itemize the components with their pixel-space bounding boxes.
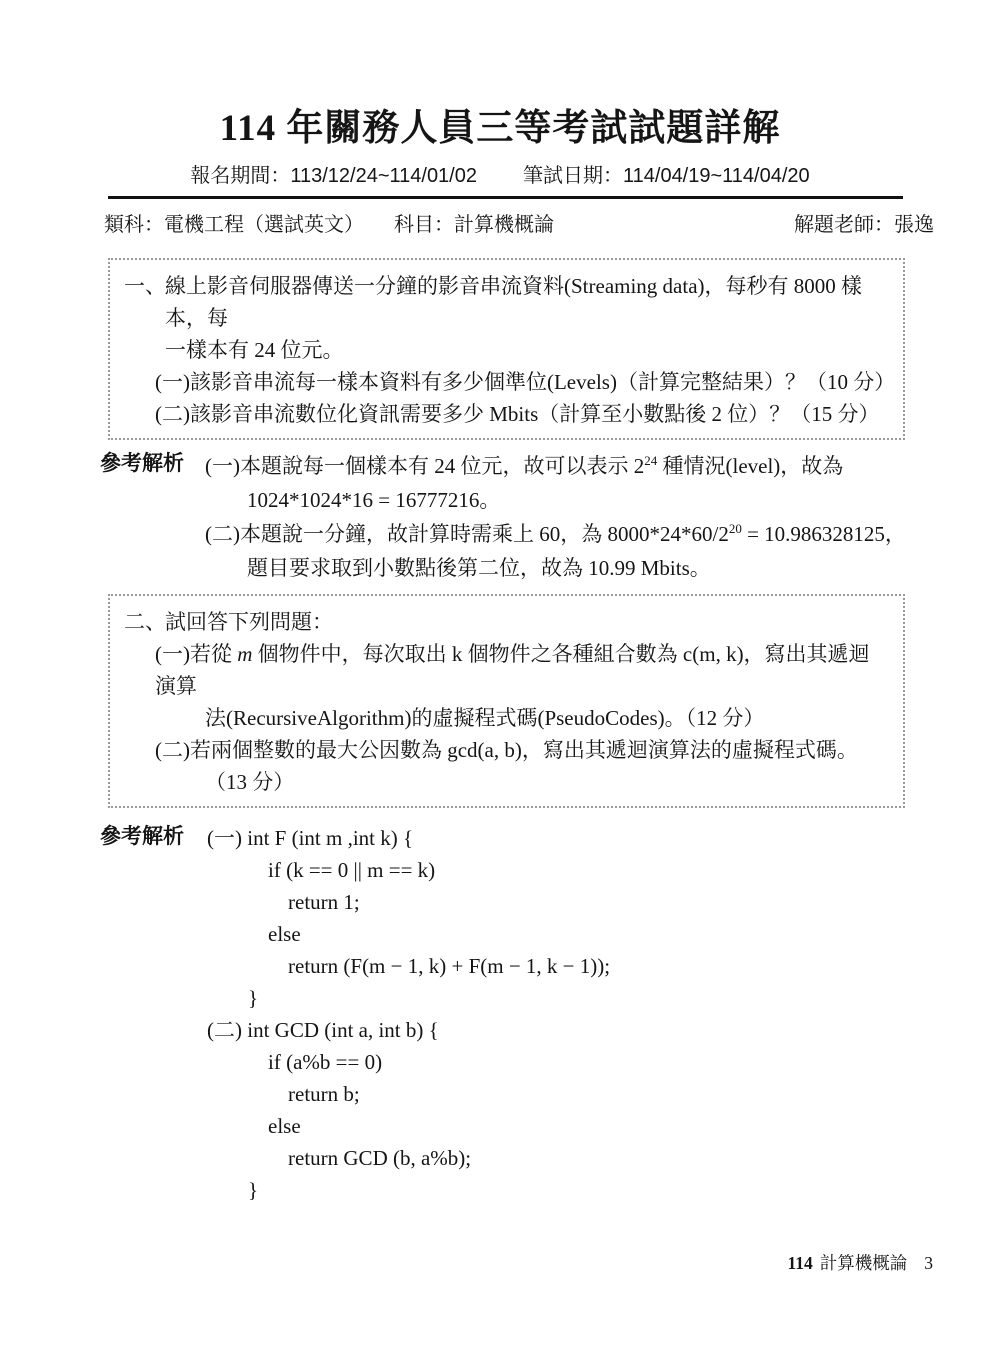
solution1-item2-line1: (二)本題說一分鐘，故計算時需乘上 60，為 8000*24*60/220 = … <box>205 517 935 551</box>
solution2-code-block: (一) int F (int m ,int k) { if (k == 0 ||… <box>205 822 935 1206</box>
page-footer: 114 計算機概論 3 <box>787 1252 933 1274</box>
question1-stem: 一、 線上影音伺服器傳送一分鐘的影音串流資料(Streaming data)，每… <box>124 270 889 366</box>
footer-subject: 計算機概論 <box>820 1252 908 1274</box>
question2-stem: 二、 試回答下列問題： <box>124 606 889 638</box>
question1-stem-line2: 一樣本有 24 位元。 <box>165 334 889 366</box>
code-line: if (a%b == 0) <box>268 1046 935 1078</box>
solution1-item1-line2: 1024*1024*16 = 16777216。 <box>247 483 935 517</box>
code-line: else <box>268 1110 935 1142</box>
question2-item1-line2: 法(RecursiveAlgorithm)的虛擬程式碼(PseudoCodes)… <box>205 702 889 734</box>
solution1-item2-post: = 10.986328125， <box>742 522 906 546</box>
solution1-item2-pre: (二)本題說一分鐘，故計算時需乘上 60，為 8000*24*60/2 <box>205 522 729 546</box>
code-line: return 1; <box>288 886 935 918</box>
solution2-section: 參考解析 (一) int F (int m ,int k) { if (k ==… <box>100 822 1000 1206</box>
question2-item1-pre: (一)若從 <box>155 642 237 666</box>
question2-item2-line1: (二)若兩個整數的最大公因數為 gcd(a, b)，寫出其遞迴演算法的虛擬程式碼… <box>155 734 889 766</box>
question2-item1-line1: (一)若從 m 個物件中，每次取出 k 個物件之各種組合數為 c(m, k)，寫… <box>155 638 889 702</box>
footer-year: 114 <box>787 1252 812 1274</box>
category-label: 類科：電機工程（選試英文） <box>104 212 364 238</box>
question2-item1-post: 個物件中，每次取出 k 個物件之各種組合數為 c(m, k)，寫出其遞迴演算 <box>155 642 870 698</box>
question1-item1: (一)該影音串流每一樣本資料有多少個準位(Levels)（計算完整結果）？（10… <box>155 366 889 398</box>
code-line: if (k == 0 || m == k) <box>268 854 935 886</box>
question2-number: 二、 <box>124 606 166 638</box>
header-divider <box>108 196 903 199</box>
solution1-body: (一)本題說每一個樣本有 24 位元，故可以表示 224 種情況(level)，… <box>205 449 935 585</box>
page-number: 3 <box>924 1252 933 1274</box>
registration-period: 報名期間：113/12/24~114/01/02 <box>190 163 477 189</box>
exam-solution-page: 114 年關務人員三等考試試題詳解 報名期間：113/12/24~114/01/… <box>0 0 1000 1353</box>
solution1-item2-line2: 題目要求取到小數點後第二位，故為 10.99 Mbits。 <box>247 551 935 585</box>
solution1-label: 參考解析 <box>100 449 205 479</box>
subject-label: 科目：計算機概論 <box>394 212 554 238</box>
page-title: 114 年關務人員三等考試試題詳解 <box>0 103 1000 155</box>
written-exam-date: 筆試日期：114/04/19~114/04/20 <box>523 163 810 189</box>
solution1-item1-line1: (一)本題說每一個樣本有 24 位元，故可以表示 224 種情況(level)，… <box>205 449 935 483</box>
code-line: else <box>268 918 935 950</box>
solution1-item1-pre: (一)本題說每一個樣本有 24 位元，故可以表示 2 <box>205 454 644 478</box>
exam-dates-row: 報名期間：113/12/24~114/01/02 筆試日期：114/04/19~… <box>0 163 1000 189</box>
meta-row: 類科：電機工程（選試英文） 科目：計算機概論 解題老師：張逸 <box>104 212 934 238</box>
question2-item2-line2: （13 分） <box>205 766 889 798</box>
code-line: } <box>248 982 935 1014</box>
question1-stem-line1: 線上影音伺服器傳送一分鐘的影音串流資料(Streaming data)，每秒有 … <box>165 270 889 334</box>
code-line: (一) int F (int m ,int k) { <box>207 822 935 854</box>
code-line: return (F(m − 1, k) + F(m − 1, k − 1)); <box>288 950 935 982</box>
meta-left-group: 類科：電機工程（選試英文） 科目：計算機概論 <box>104 212 554 238</box>
question1-box: 一、 線上影音伺服器傳送一分鐘的影音串流資料(Streaming data)，每… <box>108 258 905 440</box>
solution1-item2-exponent: 20 <box>729 521 742 536</box>
code-line: return GCD (b, a%b); <box>288 1142 935 1174</box>
teacher-label: 解題老師：張逸 <box>794 212 934 238</box>
question2-stem-text: 試回答下列問題： <box>165 606 889 638</box>
solution1-section: 參考解析 (一)本題說每一個樣本有 24 位元，故可以表示 224 種情況(le… <box>100 449 1000 585</box>
question1-number: 一、 <box>124 270 166 302</box>
code-line: (二) int GCD (int a, int b) { <box>207 1014 935 1046</box>
solution1-item1-post: 種情況(level)，故為 <box>657 454 843 478</box>
code-line: return b; <box>288 1078 935 1110</box>
solution1-item1-exponent: 24 <box>644 453 657 468</box>
question1-item2: (二)該影音串流數位化資訊需要多少 Mbits（計算至小數點後 2 位）？（15… <box>155 398 889 430</box>
question2-box: 二、 試回答下列問題： (一)若從 m 個物件中，每次取出 k 個物件之各種組合… <box>108 594 905 808</box>
code-line: } <box>248 1174 935 1206</box>
question2-item1-variable: m <box>237 642 252 666</box>
solution2-label: 參考解析 <box>100 822 205 852</box>
